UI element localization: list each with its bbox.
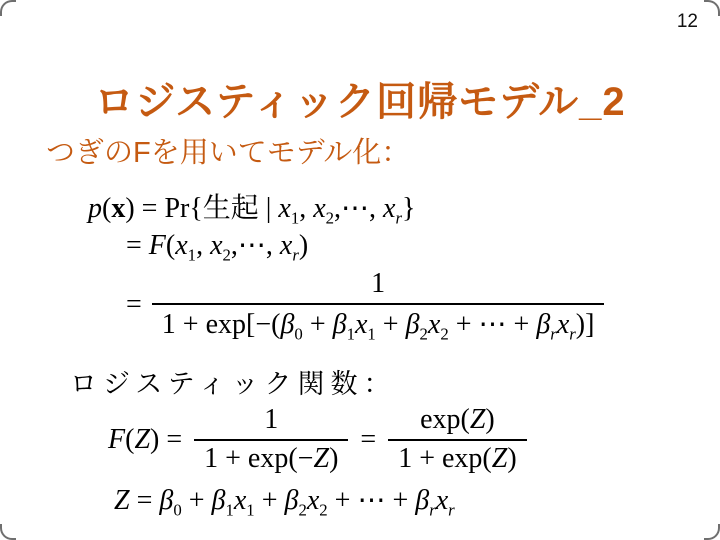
fraction: exp(Z) 1 + exp(Z) — [388, 404, 526, 475]
fraction: 1 1 + exp[−(β0 + β1x1 + β2x2 + ⋯ + βrxr)… — [152, 268, 605, 341]
equals-sign: = — [360, 424, 376, 456]
slide: 12 ロジスティック回帰モデル_2 つぎのFを用いてモデル化： p(x) = P… — [0, 0, 720, 540]
logistic-function-label: ロジスティック関数： — [70, 362, 397, 401]
equation-f-form: = F(x1, x2,⋯, xr) — [126, 228, 308, 262]
fraction-denominator: 1 + exp(Z) — [388, 439, 526, 475]
equation-block: p(x) = Pr{生起 | x1, x2,⋯, xr} = F(x1, x2,… — [0, 0, 720, 540]
fz-lhs: F(Z) = — [108, 424, 182, 456]
equation-z-linear: Z = β0 + β1x1 + β2x2 + ⋯ + βrxr — [114, 483, 455, 517]
equals-sign: = — [126, 289, 142, 321]
equation-logistic-fraction: = 1 1 + exp[−(β0 + β1x1 + β2x2 + ⋯ + βrx… — [126, 268, 604, 341]
equation-p-definition: p(x) = Pr{生起 | x1, x2,⋯, xr} — [88, 186, 415, 226]
equation-fz: F(Z) = 1 1 + exp(−Z) = exp(Z) 1 + exp(Z) — [108, 404, 527, 475]
fraction: 1 1 + exp(−Z) — [194, 404, 348, 475]
fraction-numerator: 1 — [254, 404, 288, 439]
fraction-numerator: 1 — [361, 268, 395, 303]
fraction-denominator: 1 + exp(−Z) — [194, 439, 348, 475]
fraction-numerator: exp(Z) — [410, 404, 505, 439]
fraction-denominator: 1 + exp[−(β0 + β1x1 + β2x2 + ⋯ + βrxr)] — [152, 303, 605, 341]
